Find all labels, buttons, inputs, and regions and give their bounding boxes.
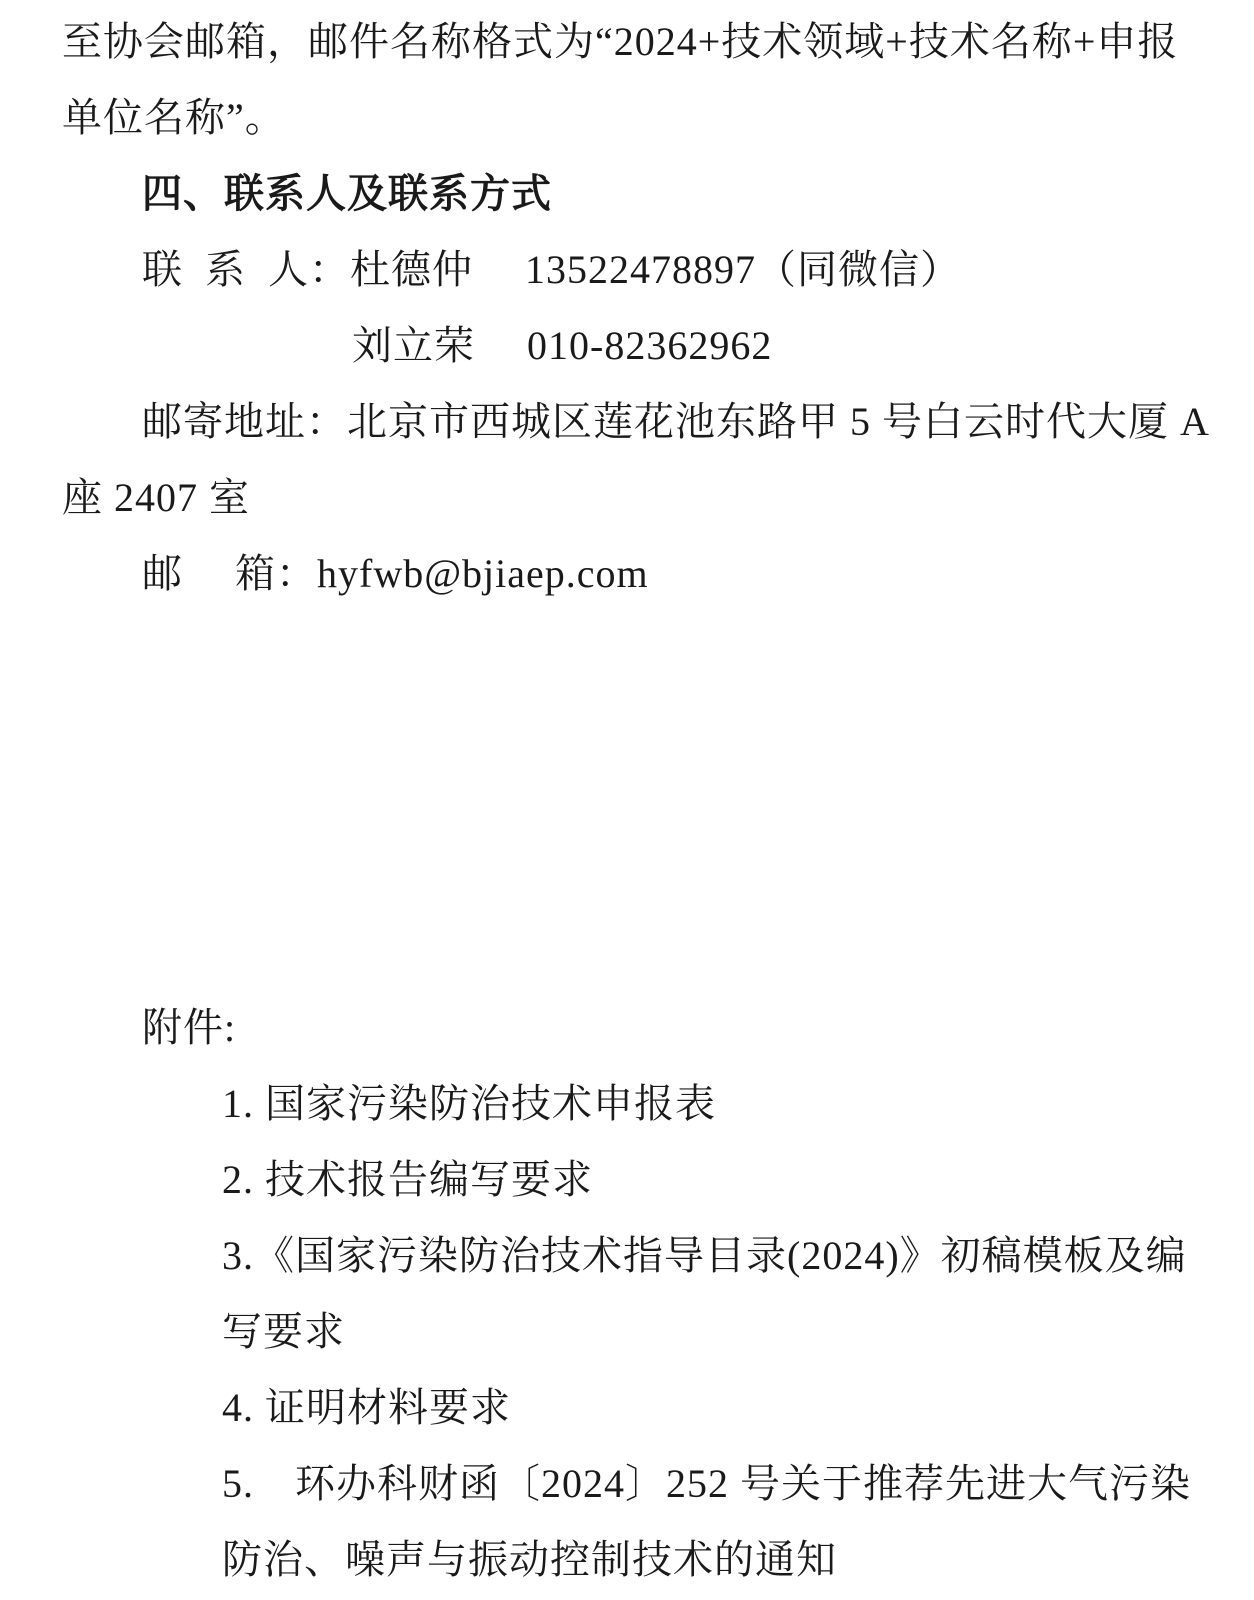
contact-phone-2: 010-82362962 (527, 323, 772, 368)
contact-phone-1: 13522478897（同微信） (525, 247, 961, 292)
blank-gap (62, 612, 1190, 990)
section-heading: 四、联系人及联系方式 (62, 156, 1190, 232)
attachment-item-3-line-1: 3.《国家污染防治技术指导目录(2024)》初稿模板及编 (62, 1218, 1190, 1294)
contact-person-line-2: 刘立荣010-82362962 (62, 308, 1190, 384)
contact-name-2: 刘立荣 (352, 323, 475, 368)
address-value: 北京市西城区莲花池东路甲 5 号白云时代大厦 A (347, 399, 1210, 444)
address-line-1: 邮寄地址：北京市西城区莲花池东路甲 5 号白云时代大厦 A (62, 384, 1190, 460)
attachment-item-5-line-2: 防治、噪声与振动控制技术的通知 (62, 1522, 1190, 1598)
paragraph-line-2: 单位名称”。 (62, 80, 1190, 156)
attachment-item-3-line-2: 写要求 (62, 1294, 1190, 1370)
attachments-heading: 附件: (62, 990, 1190, 1066)
contact-person-label: 联 系 人： (142, 247, 350, 292)
email-line: 邮 箱：hyfwb@bjiaep.com (62, 536, 1190, 612)
attachment-item-2: 2. 技术报告编写要求 (62, 1142, 1190, 1218)
attachment-item-5-line-1: 5. 环办科财函〔2024〕252 号关于推荐先进大气污染 (62, 1446, 1190, 1522)
attachment-item-1: 1. 国家污染防治技术申报表 (62, 1066, 1190, 1142)
attachment-item-4: 4. 证明材料要求 (62, 1370, 1190, 1446)
address-line-2: 座 2407 室 (62, 460, 1190, 536)
contact-name-1: 杜德仲 (350, 247, 473, 292)
email-value: hyfwb@bjiaep.com (317, 551, 649, 596)
email-label: 邮 箱： (142, 551, 317, 596)
document-page: 至协会邮箱，邮件名称格式为“2024+技术领域+技术名称+申报 单位名称”。 四… (0, 0, 1254, 1600)
address-label: 邮寄地址： (142, 399, 347, 444)
paragraph-line-1: 至协会邮箱，邮件名称格式为“2024+技术领域+技术名称+申报 (62, 4, 1190, 80)
contact-person-line-1: 联 系 人：杜德仲13522478897（同微信） (62, 232, 1190, 308)
